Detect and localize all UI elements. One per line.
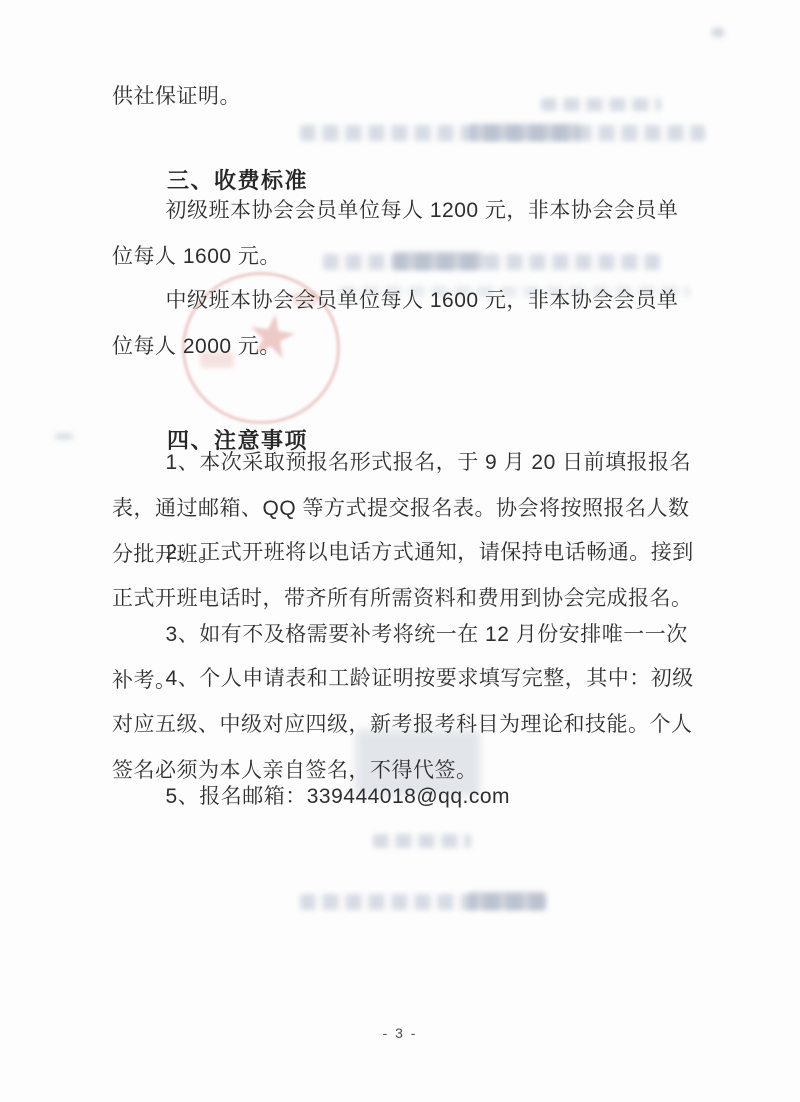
note-item-2: 2、正式开班将以电话方式通知，请保持电话畅通。接到正式开班电话时，带齐所有所需资… <box>112 530 698 622</box>
scan-smudge <box>55 434 73 439</box>
paragraph-junior-class-fee: 初级班本协会会员单位每人 1200 元，非本协会会员单位每人 1600 元。 <box>112 188 698 280</box>
bleed-through-text <box>468 892 546 910</box>
scan-smudge <box>712 28 724 37</box>
bleed-through-text <box>373 834 471 848</box>
note-item-5-registration-email: 5、报名邮箱：339444018@qq.com <box>112 774 698 820</box>
paragraph-social-insurance: 供社保证明。 <box>112 80 241 110</box>
bleed-through-text <box>541 98 661 111</box>
paragraph-intermediate-class-fee: 中级班本协会会员单位每人 1600 元，非本协会会员单位每人 2000 元。 <box>112 278 698 370</box>
document-page: ★ 供社保证明。 三、收费标准 初级班本协会会员单位每人 1200 元，非本协会… <box>0 0 800 1102</box>
page-number: - 3 - <box>0 1025 800 1041</box>
bleed-through-text <box>470 124 580 141</box>
